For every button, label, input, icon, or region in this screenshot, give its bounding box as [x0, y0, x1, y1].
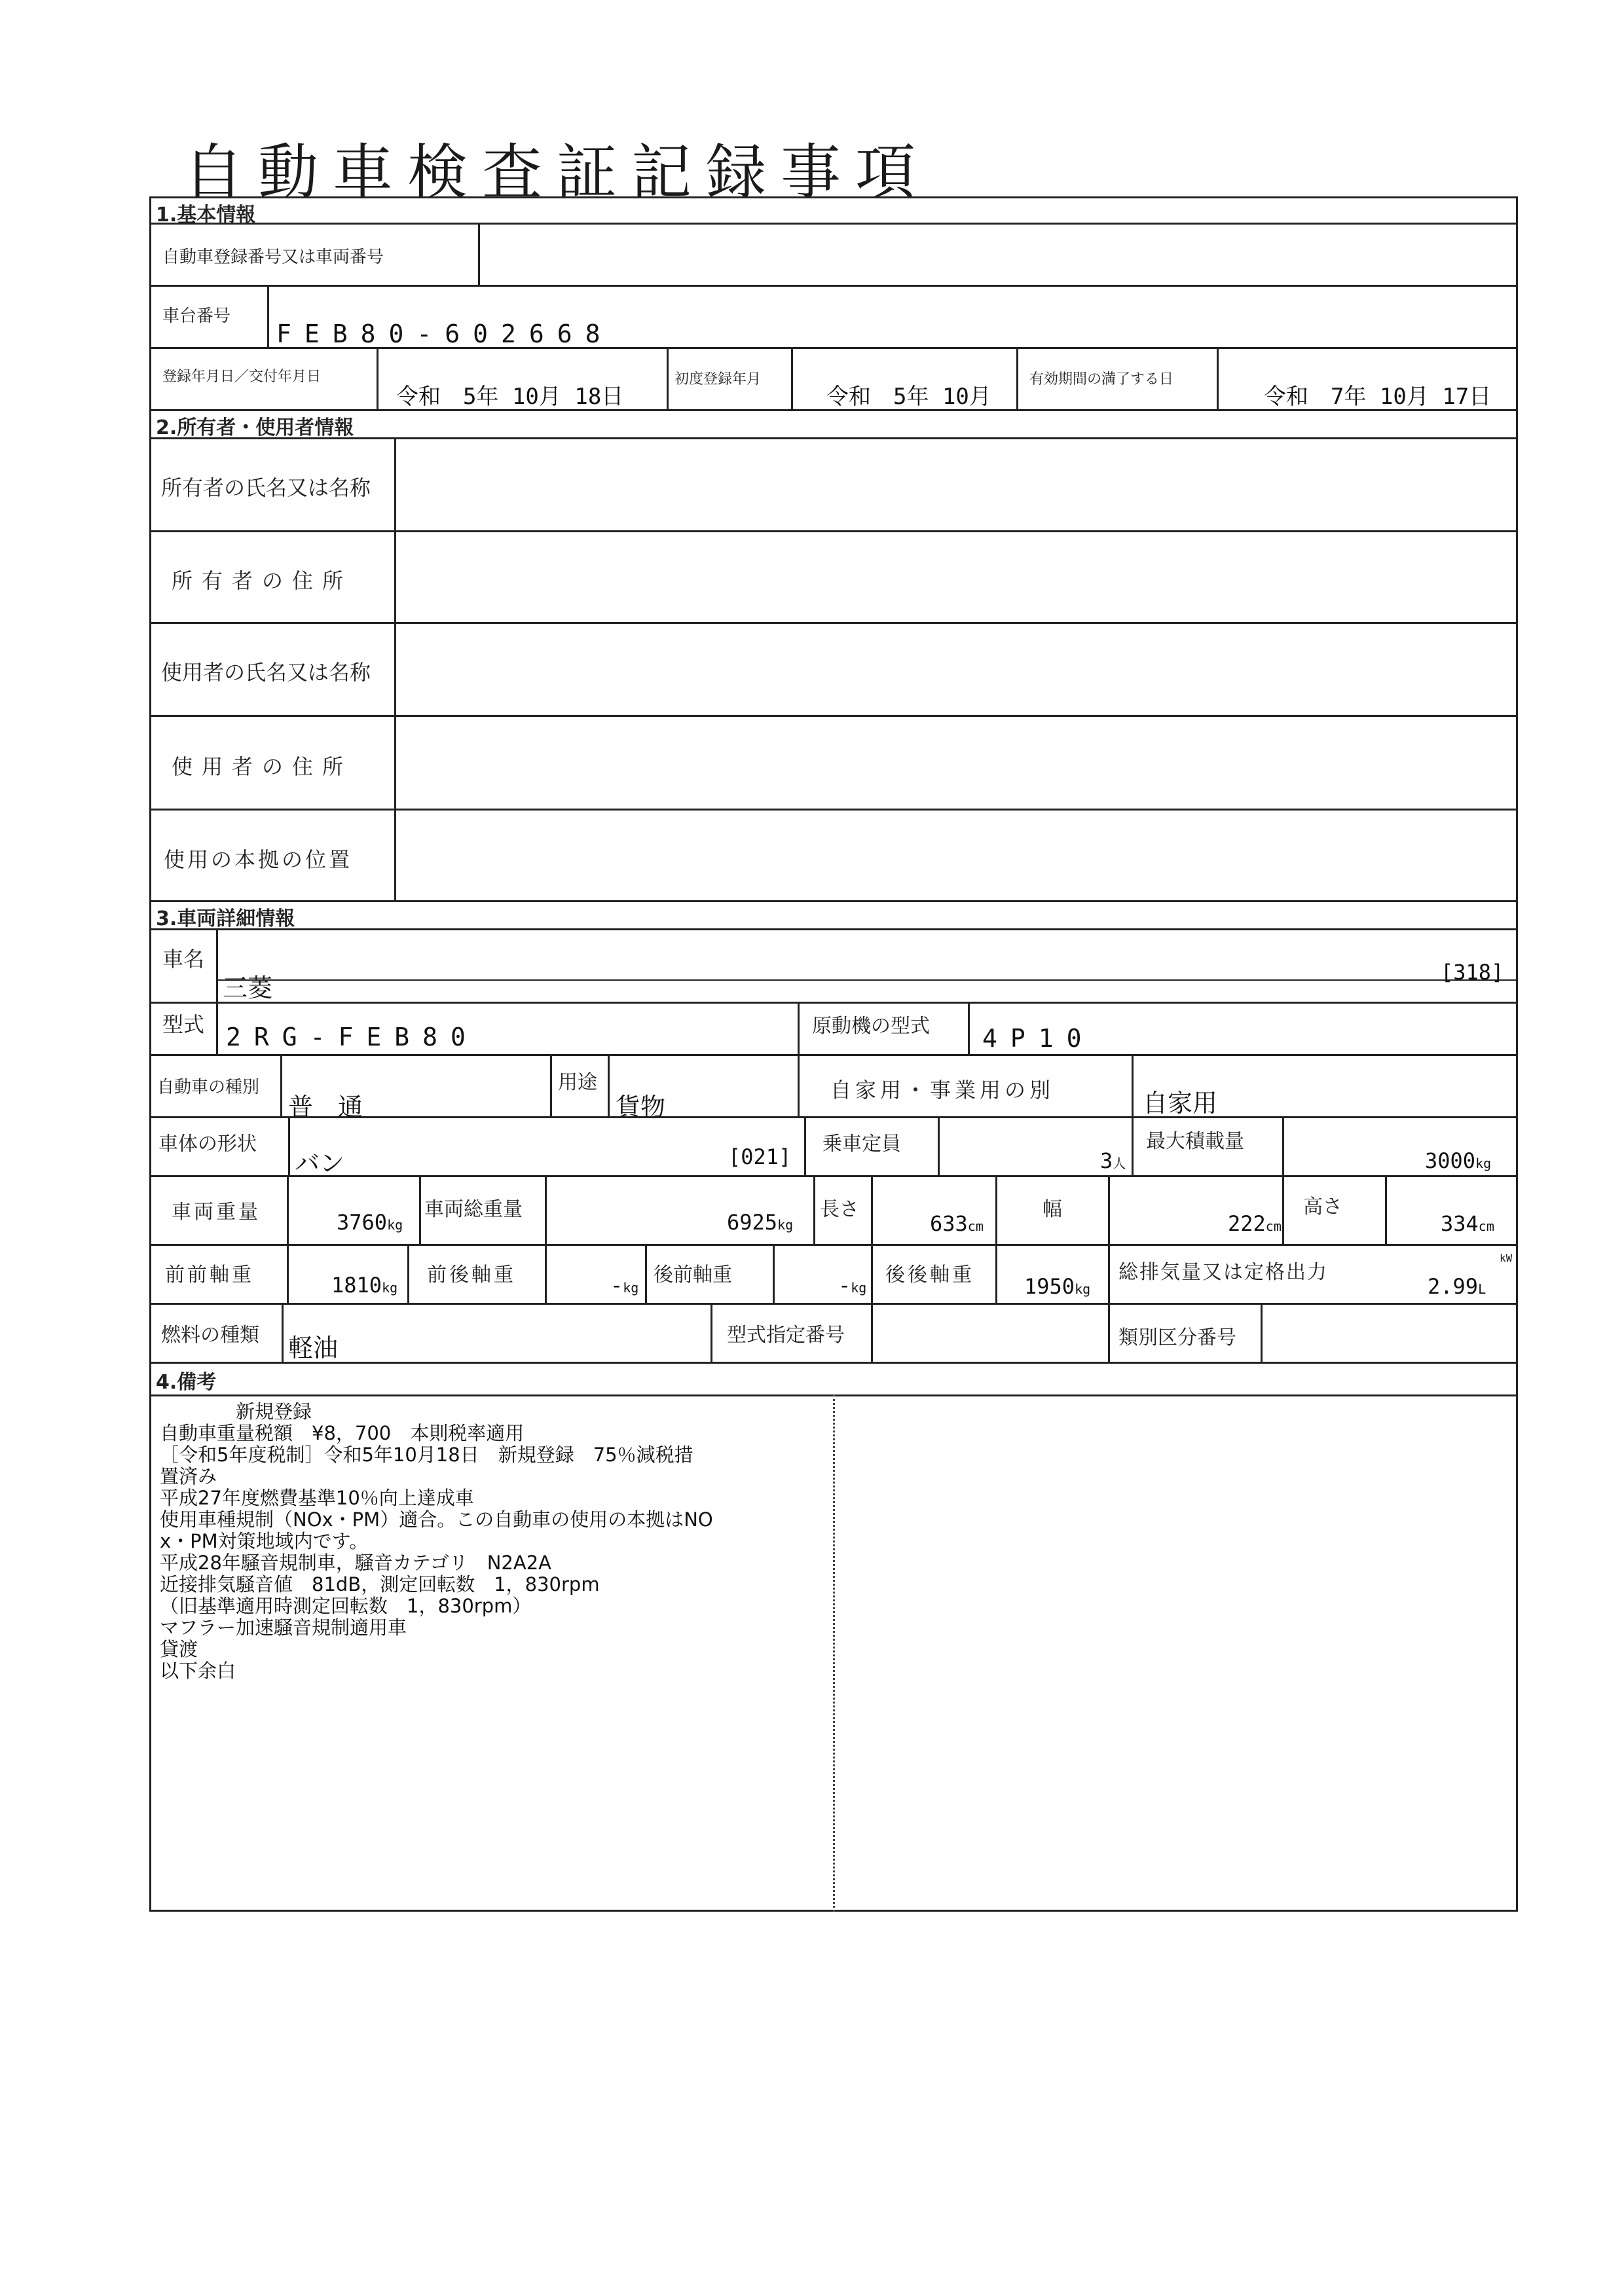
divider	[1132, 1116, 1134, 1175]
remarks-line: （旧基準適用時測定回転数 1，830rpm）	[160, 1595, 828, 1617]
displacement-unit: L	[1478, 1281, 1486, 1297]
remarks-line: x・PM対策地域内です。	[160, 1531, 828, 1552]
divider	[149, 530, 1518, 532]
divider	[149, 622, 1518, 624]
section-remarks-header: 4.備考	[156, 1366, 216, 1394]
divider	[280, 1054, 282, 1116]
body-shape-value: バン	[295, 1143, 344, 1179]
section-vehicle-header: 3.車両詳細情報	[156, 902, 295, 931]
height-label: 高さ	[1303, 1190, 1342, 1219]
height-unit: cm	[1479, 1218, 1494, 1234]
first-reg-label: 初度登録年月	[674, 368, 761, 388]
rf-axle-label: 後前軸重	[654, 1258, 732, 1287]
divider	[287, 1244, 289, 1303]
divider	[149, 285, 1518, 287]
first-reg-value: 令和 5年 10月	[826, 378, 991, 410]
divider	[798, 1054, 800, 1116]
remarks-line: 平成28年騒音規制車，騒音カテゴリ N2A2A	[160, 1552, 828, 1574]
divider	[1261, 1303, 1263, 1362]
divider	[1132, 1054, 1134, 1116]
vehicle-weight-number: 3760	[337, 1210, 387, 1235]
divider	[478, 223, 480, 285]
vehicle-name-value: 三菱	[223, 968, 272, 1004]
capacity-label: 乗車定員	[822, 1127, 901, 1156]
body-shape-code: [021]	[728, 1144, 791, 1169]
width-value: 222cm	[1228, 1211, 1282, 1236]
expiry-value: 令和 7年 10月 17日	[1264, 378, 1491, 410]
divider	[995, 1244, 997, 1303]
remarks-text: 新規登録自動車重量税額 ¥8，700 本則税率適用［令和5年度税制］令和5年10…	[160, 1401, 828, 1682]
remarks-line: 使用車種規制（NOx・PM）適合。この自動車の使用の本拠はNO	[160, 1509, 828, 1531]
divider	[1108, 1303, 1110, 1362]
model-value: 2RG-FEB80	[226, 1023, 479, 1051]
divider	[149, 928, 1518, 930]
divider	[149, 809, 1518, 811]
divider	[282, 1303, 284, 1362]
remarks-line: 置済み	[160, 1466, 828, 1487]
capacity-unit: 人	[1113, 1156, 1126, 1171]
displacement-unit-top: kW	[1500, 1252, 1512, 1264]
user-address-label: 使用者の住所	[172, 750, 352, 780]
divider	[968, 1002, 970, 1054]
divider	[149, 1303, 1518, 1305]
divider	[287, 1175, 289, 1244]
divider	[149, 1362, 1518, 1364]
vehicle-name-label: 車名	[162, 943, 204, 973]
use-label: 用途	[558, 1066, 597, 1095]
max-load-unit: kg	[1475, 1156, 1491, 1171]
remarks-line: 新規登録	[160, 1401, 828, 1423]
divider	[149, 1244, 1518, 1246]
gross-weight-number: 6925	[727, 1210, 777, 1235]
vehicle-weight-value: 3760kg	[337, 1210, 403, 1235]
ff-axle-label: 前前軸重	[165, 1258, 254, 1287]
divider	[773, 1244, 775, 1303]
rf-axle-number: -	[838, 1273, 851, 1298]
divider	[645, 1244, 647, 1303]
remarks-line: 貸渡	[160, 1639, 828, 1660]
max-load-value: 3000kg	[1425, 1148, 1491, 1173]
remarks-line: 以下余白	[160, 1660, 828, 1682]
divider	[149, 1175, 1518, 1177]
divider	[938, 1116, 940, 1175]
vehicle-kind-label: 自動車の種別	[157, 1074, 259, 1098]
section-owner-header: 2.所有者・使用者情報	[156, 411, 354, 440]
remarks-line: 自動車重量税額 ¥8，700 本則税率適用	[160, 1423, 828, 1444]
base-location-label: 使用の本拠の位置	[164, 843, 352, 873]
rr-axle-unit: kg	[1075, 1281, 1090, 1297]
divider	[394, 437, 396, 900]
divider	[804, 1116, 806, 1175]
divider	[1108, 1175, 1110, 1244]
divider	[813, 1175, 815, 1244]
divider	[545, 1175, 547, 1244]
remarks-line: マフラー加速騒音規制適用車	[160, 1617, 828, 1639]
fuel-type-value: 軽油	[288, 1328, 338, 1364]
divider	[149, 347, 1518, 349]
purpose-label: 自家用・事業用の別	[830, 1074, 1054, 1104]
reg-number-label: 自動車登録番号又は車両番号	[162, 244, 384, 268]
divider	[149, 715, 1518, 717]
remarks-line: ［令和5年度税制］令和5年10月18日 新規登録 75％減税措	[160, 1444, 828, 1466]
height-number: 334	[1441, 1211, 1479, 1236]
ff-axle-unit: kg	[382, 1280, 397, 1296]
chassis-number-label: 車台番号	[162, 302, 231, 327]
width-label: 幅	[1043, 1193, 1062, 1222]
divider	[1282, 1116, 1284, 1175]
vehicle-name-code: [318]	[1441, 960, 1504, 985]
divider	[377, 347, 378, 409]
displacement-label: 総排気量又は定格出力	[1118, 1256, 1328, 1285]
divider	[149, 1002, 1518, 1004]
gross-weight-label: 車両総重量	[424, 1193, 523, 1222]
rf-axle-unit: kg	[851, 1280, 866, 1296]
divider	[216, 979, 1518, 981]
divider	[710, 1303, 712, 1362]
rr-axle-value: 1950kg	[1024, 1274, 1090, 1299]
divider	[149, 1054, 1518, 1056]
divider	[216, 1002, 218, 1054]
capacity-value: 3人	[1100, 1148, 1126, 1173]
divider	[1282, 1175, 1284, 1244]
ff-axle-number: 1810	[331, 1273, 382, 1298]
divider	[288, 1116, 290, 1175]
divider	[798, 1002, 800, 1054]
divider	[407, 1244, 409, 1303]
divider	[545, 1244, 547, 1303]
divider	[149, 223, 1518, 225]
purpose-value: 自家用	[1143, 1083, 1217, 1119]
engine-model-label: 原動機の型式	[812, 1010, 930, 1038]
divider	[1217, 347, 1219, 409]
model-label: 型式	[162, 1008, 204, 1038]
divider	[550, 1054, 552, 1116]
divider	[871, 1303, 873, 1362]
rf-axle-value: -kg	[838, 1273, 866, 1298]
divider	[995, 1175, 997, 1244]
fr-axle-number: -	[610, 1273, 623, 1298]
reg-date-value: 令和 5年 10月 18日	[396, 378, 623, 410]
owner-name-label: 所有者の氏名又は名称	[161, 471, 371, 501]
divider	[149, 409, 1518, 411]
divider	[667, 347, 669, 409]
ff-axle-value: 1810kg	[331, 1273, 397, 1298]
divider	[419, 1175, 421, 1244]
owner-address-label: 所有者の住所	[172, 564, 352, 594]
divider	[216, 928, 218, 1002]
fuel-type-label: 燃料の種類	[161, 1319, 259, 1347]
body-shape-label: 車体の形状	[158, 1127, 257, 1156]
divider	[149, 437, 1518, 439]
divider	[608, 1054, 610, 1116]
max-load-number: 3000	[1425, 1148, 1475, 1173]
engine-model-value: 4P10	[982, 1024, 1095, 1053]
divider	[1385, 1175, 1387, 1244]
divider	[1108, 1244, 1110, 1303]
fr-axle-unit: kg	[623, 1280, 638, 1296]
vehicle-weight-label: 車両重量	[172, 1195, 261, 1224]
length-number: 633	[930, 1211, 968, 1236]
max-load-label: 最大積載量	[1146, 1125, 1244, 1154]
divider	[871, 1244, 873, 1303]
divider	[871, 1175, 873, 1244]
chassis-number-value: FEB80-602668	[276, 319, 614, 348]
length-label: 長さ	[820, 1193, 859, 1222]
rr-axle-label: 後後軸重	[885, 1258, 974, 1287]
fr-axle-label: 前後軸重	[427, 1258, 516, 1287]
divider	[149, 900, 1518, 902]
length-unit: cm	[968, 1218, 984, 1234]
gross-weight-unit: kg	[777, 1217, 793, 1233]
remarks-line: 近接排気騒音値 81dB，測定回転数 1，830rpm	[160, 1574, 828, 1595]
vehicle-weight-unit: kg	[387, 1217, 403, 1233]
divider	[791, 347, 793, 409]
length-value: 633cm	[930, 1211, 984, 1236]
width-number: 222	[1228, 1211, 1266, 1236]
remarks-line: 平成27年度燃費基準10％向上達成車	[160, 1487, 828, 1509]
category-number-label: 類別区分番号	[1118, 1321, 1236, 1350]
height-value: 334cm	[1441, 1211, 1494, 1236]
remarks-column-divider	[833, 1394, 835, 1912]
rr-axle-number: 1950	[1024, 1274, 1075, 1299]
divider	[149, 1116, 1518, 1118]
fr-axle-value: -kg	[610, 1273, 638, 1298]
divider	[267, 285, 269, 347]
capacity-number: 3	[1100, 1148, 1113, 1173]
user-name-label: 使用者の氏名又は名称	[161, 656, 371, 686]
reg-date-label: 登録年月日／交付年月日	[162, 365, 321, 386]
displacement-number: 2.99	[1428, 1274, 1478, 1299]
expiry-label: 有効期間の満了する日	[1029, 368, 1173, 388]
divider	[1016, 347, 1018, 409]
width-unit: cm	[1266, 1218, 1282, 1234]
gross-weight-value: 6925kg	[727, 1210, 793, 1235]
type-designation-label: 型式指定番号	[727, 1319, 845, 1347]
displacement-value: 2.99L	[1428, 1274, 1486, 1299]
